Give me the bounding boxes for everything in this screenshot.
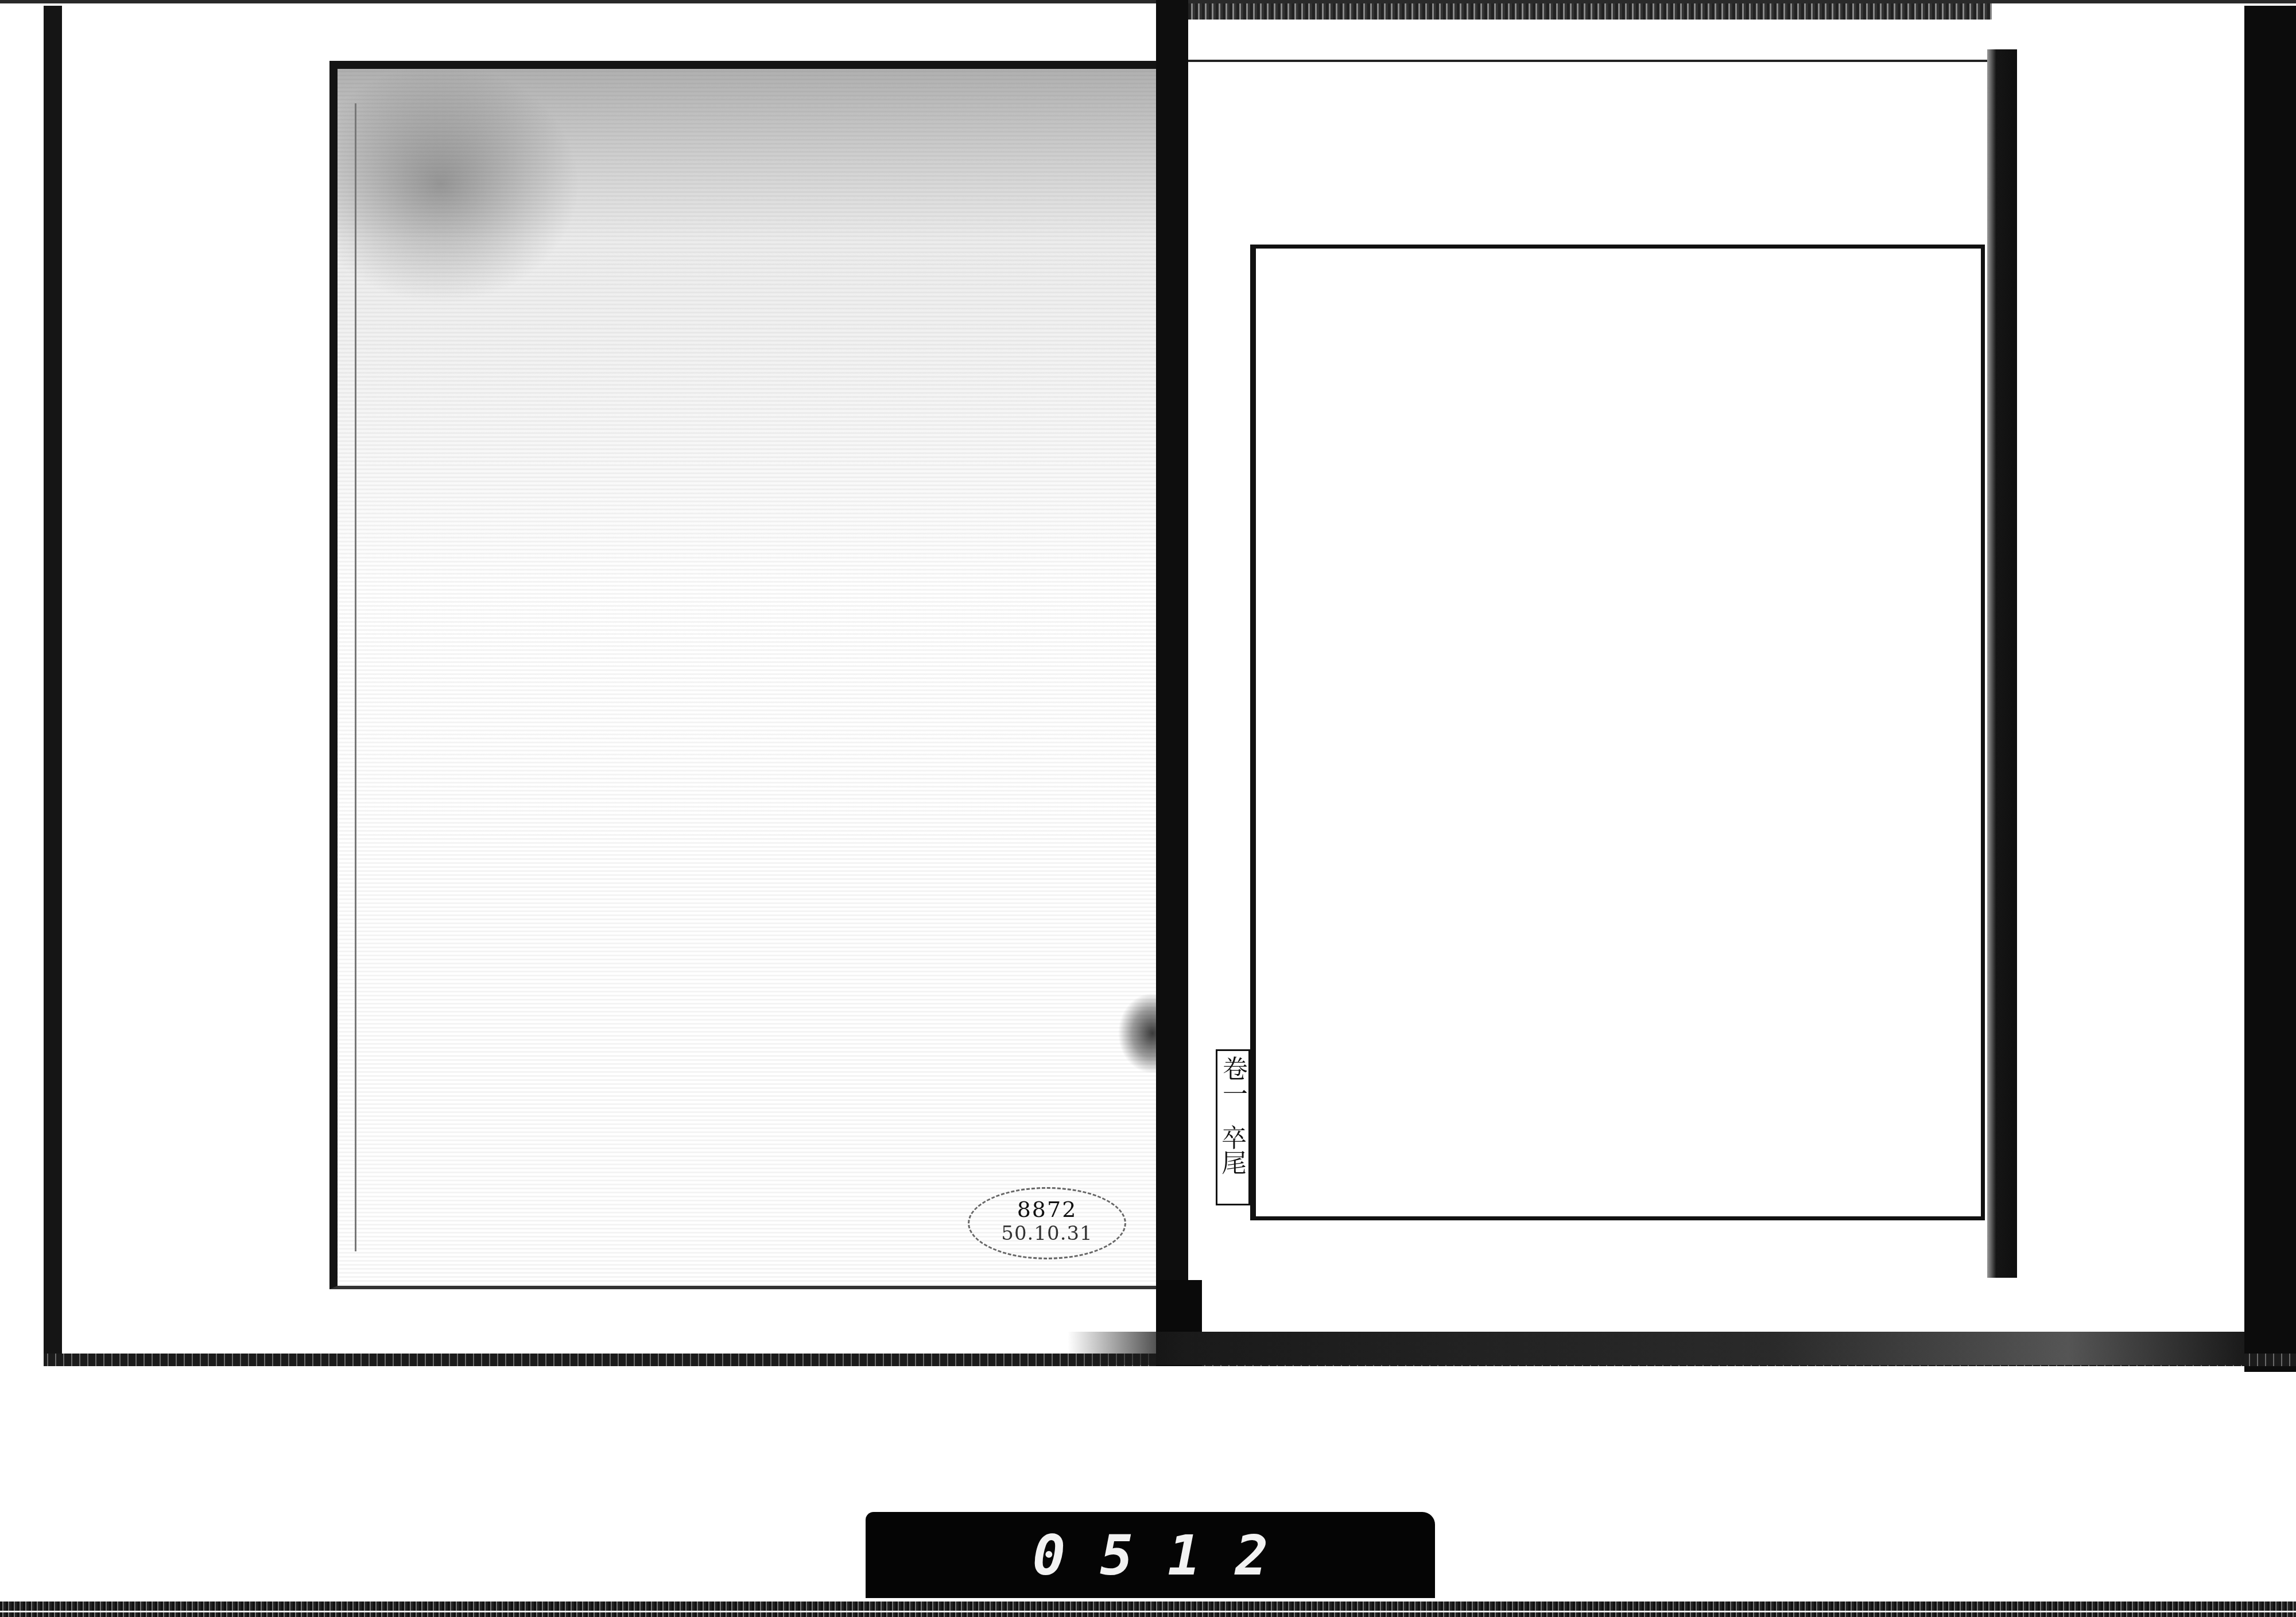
frame-counter: 0512 [866,1512,1435,1598]
book-bottom-shadow [1068,1332,2244,1365]
frame-number: 0512 [866,1523,1435,1588]
film-left-border [44,6,62,1366]
stamp-number: 8872 [969,1197,1124,1222]
film-right-border [2244,6,2296,1372]
book-spine [1156,0,1188,1366]
right-page-top-edge [1188,3,1992,20]
left-page: 8872 50.10.31 [329,61,1170,1289]
film-bottom-strip [0,1602,2296,1617]
title-slip: 卷一 卒尾 [1216,1049,1250,1205]
stamp-date: 50.10.31 [969,1222,1124,1245]
library-accession-stamp: 8872 50.10.31 [968,1187,1126,1259]
page-stack-edge [1987,49,2017,1278]
printed-page-frame [1250,245,1985,1220]
left-page-rule [355,103,356,1251]
film-bottom-line [0,1611,2296,1612]
title-label-name: 卒尾 [1221,1124,1246,1175]
volume-label: 卷一 [1221,1056,1246,1106]
